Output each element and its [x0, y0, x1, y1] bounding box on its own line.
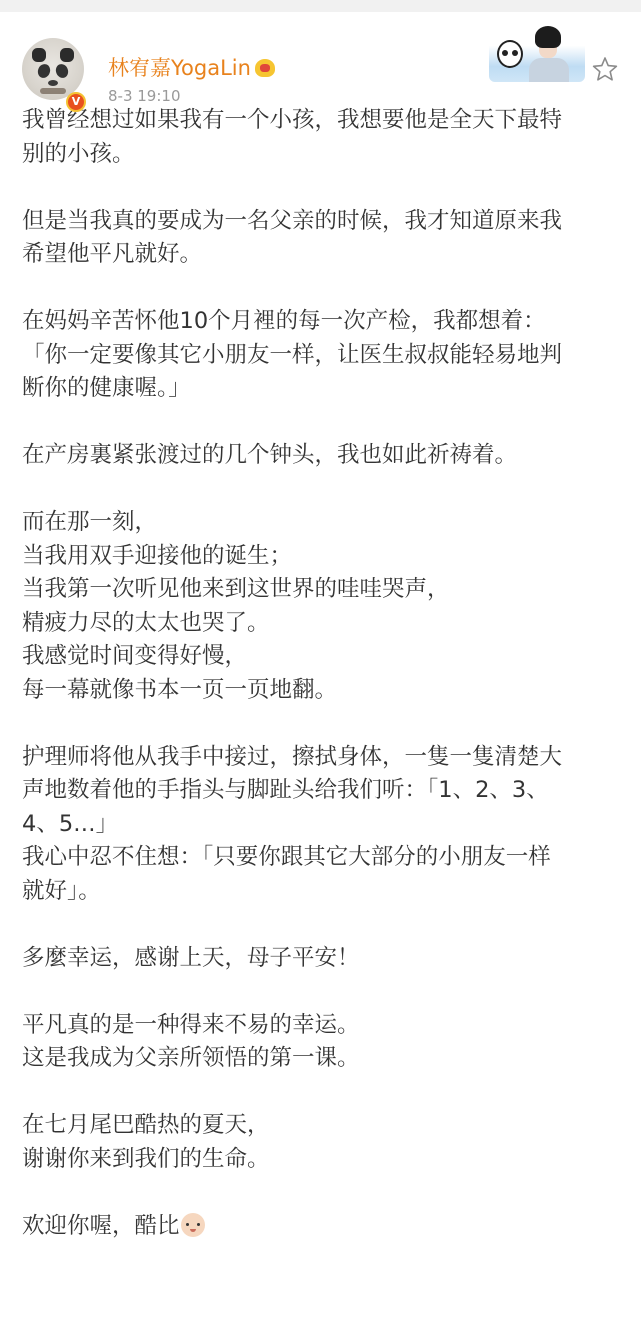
panda-sticker-icon — [497, 40, 523, 68]
text-line: 断你的健康喔。」 — [22, 372, 622, 406]
avatar[interactable] — [22, 38, 84, 100]
text-line: 欢迎你喔，酷比 — [22, 1210, 622, 1244]
paragraph: 在七月尾巴酷热的夏天， 谢谢你来到我们的生命。 — [22, 1109, 622, 1176]
text-line: 这是我成为父亲所领悟的第一课。 — [22, 1042, 622, 1076]
top-separator-band — [0, 0, 641, 12]
avatar-panda-ear — [60, 48, 74, 62]
artist-sticker-image — [529, 30, 569, 82]
post-timestamp: 8-3 19:10 — [108, 87, 181, 105]
paragraph: 我曾经想过如果我有一个小孩，我想要他是全天下最特 别的小孩。 — [22, 104, 622, 171]
paragraph: 而在那一刻， 当我用双手迎接他的诞生； 当我第一次听见他来到这世界的哇哇哭声， … — [22, 506, 622, 707]
paragraph: 平凡真的是一种得来不易的幸运。 这是我成为父亲所领悟的第一课。 — [22, 1009, 622, 1076]
paragraph: 护理师将他从我手中接过，擦拭身体，一隻一隻清楚大 声地数着他的手指头与脚趾头给我… — [22, 741, 622, 909]
paragraph: 在妈妈辛苦怀他10个月裡的每一次产检，我都想着： 「你一定要像其它小朋友一样，让… — [22, 305, 622, 406]
avatar-panda-ear — [32, 48, 46, 62]
star-outline-icon[interactable] — [592, 56, 618, 82]
author-name: 林宥嘉YogaLin — [108, 56, 251, 80]
post-body: 我曾经想过如果我有一个小孩，我想要他是全天下最特 别的小孩。 但是当我真的要成为… — [0, 104, 622, 1243]
text-line: 在妈妈辛苦怀他10个月裡的每一次产检，我都想着： — [22, 305, 622, 339]
text-line: 就好」。 — [22, 875, 622, 909]
text-line: 我曾经想过如果我有一个小孩，我想要他是全天下最特 — [22, 104, 622, 138]
text-line: 但是当我真的要成为一名父亲的时候，我才知道原来我 — [22, 205, 622, 239]
text-line: 当我用双手迎接他的诞生； — [22, 540, 622, 574]
header-decoration-sticker — [489, 30, 585, 82]
avatar-panda-eye — [36, 62, 52, 79]
avatar-panda-nose — [48, 80, 58, 86]
text-line: 多麼幸运，感谢上天，母子平安！ — [22, 942, 622, 976]
text-line: 我心中忍不住想：「只要你跟其它大部分的小朋友一样 — [22, 841, 622, 875]
text-line: 护理师将他从我手中接过，擦拭身体，一隻一隻清楚大 — [22, 741, 622, 775]
paragraph: 在产房裏紧张渡过的几个钟头，我也如此祈祷着。 — [22, 439, 622, 473]
verified-badge-icon: V — [66, 92, 86, 112]
text-line: 别的小孩。 — [22, 138, 622, 172]
text-line: 我感觉时间变得好慢， — [22, 640, 622, 674]
text-line: 4、5…」 — [22, 808, 622, 842]
text-line: 谢谢你来到我们的生命。 — [22, 1143, 622, 1177]
closing-text: 欢迎你喔，酷比 — [22, 1213, 180, 1239]
text-line: 在七月尾巴酷热的夏天， — [22, 1109, 622, 1143]
paragraph: 多麼幸运，感谢上天，母子平安！ — [22, 942, 622, 976]
text-line: 当我第一次听见他来到这世界的哇哇哭声， — [22, 573, 622, 607]
author-name-link[interactable]: 林宥嘉YogaLin — [108, 52, 275, 82]
text-line: 平凡真的是一种得来不易的幸运。 — [22, 1009, 622, 1043]
sticker-hair — [535, 26, 561, 48]
baby-emoji-icon — [181, 1213, 205, 1237]
paragraph: 欢迎你喔，酷比 — [22, 1210, 622, 1244]
avatar-panda-mouth — [40, 88, 66, 94]
sticker-body — [529, 58, 569, 82]
text-line: 每一幕就像书本一页一页地翻。 — [22, 674, 622, 708]
text-line: 精疲力尽的太太也哭了。 — [22, 607, 622, 641]
paragraph: 但是当我真的要成为一名父亲的时候，我才知道原来我 希望他平凡就好。 — [22, 205, 622, 272]
text-line: 在产房裏紧张渡过的几个钟头，我也如此祈祷着。 — [22, 439, 622, 473]
post-header: V 林宥嘉YogaLin 8-3 19:10 — [0, 12, 641, 104]
crown-icon — [255, 59, 275, 77]
text-line: 希望他平凡就好。 — [22, 238, 622, 272]
text-line: 声地数着他的手指头与脚趾头给我们听：「1、2、3、 — [22, 774, 622, 808]
avatar-panda-eye — [54, 62, 70, 79]
text-line: 「你一定要像其它小朋友一样，让医生叔叔能轻易地判 — [22, 339, 622, 373]
text-line: 而在那一刻， — [22, 506, 622, 540]
